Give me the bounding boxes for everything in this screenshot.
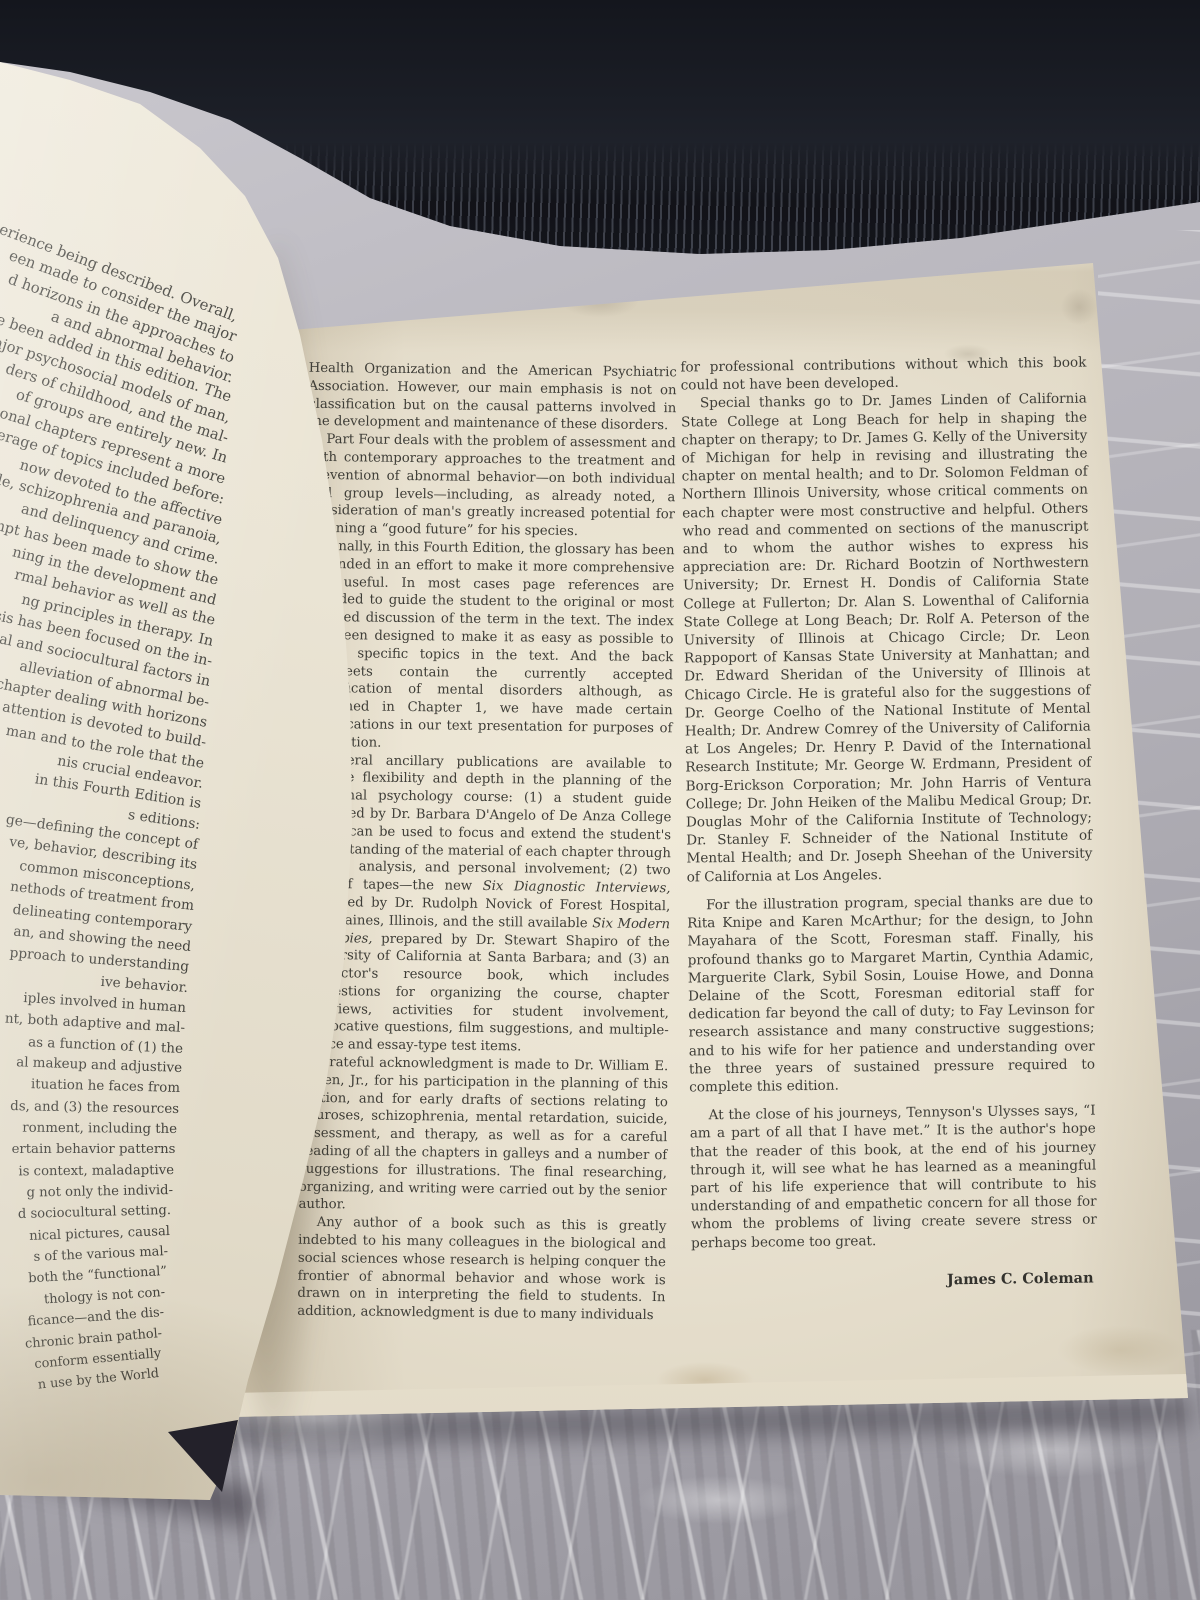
text-run: prepared by Dr. Stewart Shapiro of the U… (300, 931, 669, 1055)
paragraph: Special thanks go to Dr. James Linden of… (681, 390, 1093, 886)
text-run: Any author of a book such as this is gre… (297, 1215, 666, 1323)
paragraph: Part Four deals with the problem of asse… (307, 431, 676, 542)
text-run: Several ancillary publications are avail… (302, 753, 672, 895)
paragraph: Any author of a book such as this is gre… (297, 1214, 666, 1325)
paragraph: Grateful acknowledgment is made to Dr. W… (298, 1054, 668, 1219)
paragraph: Several ancillary publications are avail… (300, 751, 672, 1058)
text-run: Part Four deals with the problem of asse… (307, 432, 676, 539)
text-run: At the close of his journeys, Tennyson's… (690, 1103, 1097, 1251)
text-run: For the illustration program, special th… (687, 892, 1095, 1095)
right-text-column: for professional contributions without w… (680, 354, 1097, 1293)
paragraph: for professional contributions without w… (680, 354, 1086, 395)
paragraph: Health Organization and the American Psy… (308, 360, 677, 436)
text-run: Grateful acknowledgment is made to Dr. W… (298, 1055, 668, 1213)
paragraph: Finally, in this Fourth Edition, the glo… (304, 538, 675, 756)
right-column-paragraphs: for professional contributions without w… (680, 354, 1097, 1253)
text-run: Finally, in this Fourth Edition, the glo… (304, 539, 675, 750)
photo-of-open-book: Health Organization and the American Psy… (0, 0, 1200, 1600)
italic-text: Six Diagnostic Interviews, (483, 879, 671, 896)
paragraph: For the illustration program, special th… (687, 891, 1095, 1096)
text-run: Special thanks go to Dr. James Linden of… (681, 391, 1093, 885)
text-run: for professional contributions without w… (680, 355, 1086, 394)
left-text-column: Health Organization and the American Psy… (297, 360, 677, 1325)
text-run: Health Organization and the American Psy… (308, 361, 677, 434)
paragraph: At the close of his journeys, Tennyson's… (689, 1102, 1097, 1253)
